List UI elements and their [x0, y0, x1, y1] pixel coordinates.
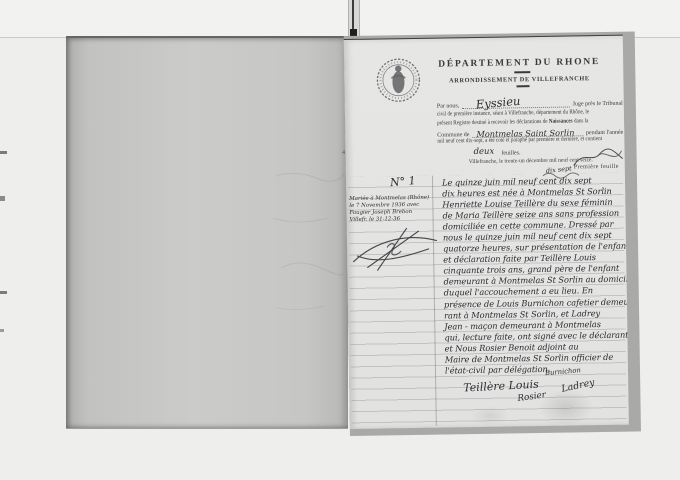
left-blank-page: 4 [66, 36, 348, 429]
printed-preamble: Par nous, Eyssieu Juge près le Tribunal … [437, 98, 623, 101]
subtitle-rule [517, 85, 530, 87]
handwritten-judge-name: Eyssieu [476, 94, 522, 112]
marginal-marriage-note: Mariée à Montmelas (Rhône) le 7 Novembre… [349, 195, 439, 224]
scan-edge-mark [0, 329, 4, 332]
title-rule [514, 71, 530, 73]
ink-bleedthrough-marks [271, 156, 346, 346]
preamble-line: Par nous, Eyssieu Juge près le Tribunal [437, 98, 623, 110]
preamble-text: civil de première instance, séant à Vill… [437, 109, 589, 117]
scan-edge-mark [0, 291, 7, 294]
preamble-text: Par nous, [437, 103, 459, 109]
right-page-stack-edge: DÉPARTEMENT DU RHONE ARRONDISSEMENT DE V… [344, 31, 641, 436]
scan-edge-mark [0, 151, 7, 154]
preamble-text: feuilles. [501, 150, 520, 156]
preamble-text: Juge près le Tribunal [573, 101, 623, 108]
form-blank: Eyssieu [462, 99, 570, 110]
birth-act-body: Le quinze juin mil neuf cent dix sept di… [442, 175, 628, 377]
acts-type-label: Naissances [549, 118, 573, 124]
preamble-text: mil neuf cent dix-sept, a été coté et pa… [437, 136, 602, 145]
register-first-sheet: DÉPARTEMENT DU RHONE ARRONDISSEMENT DE V… [344, 35, 629, 429]
scan-edge-mark [0, 196, 5, 201]
margin-signature-flourish-icon [347, 221, 444, 275]
preamble-text: présent Registre destiné à recevoir les … [437, 119, 548, 127]
handwritten-sheet-count: deux [473, 147, 494, 157]
scanned-register-spread: 4 DÉPARTEMENT DU RHONE ARRONDISSEMENT DE… [0, 0, 680, 480]
preamble-text: dans la [574, 118, 589, 124]
act-number: N° 1 [390, 174, 417, 189]
